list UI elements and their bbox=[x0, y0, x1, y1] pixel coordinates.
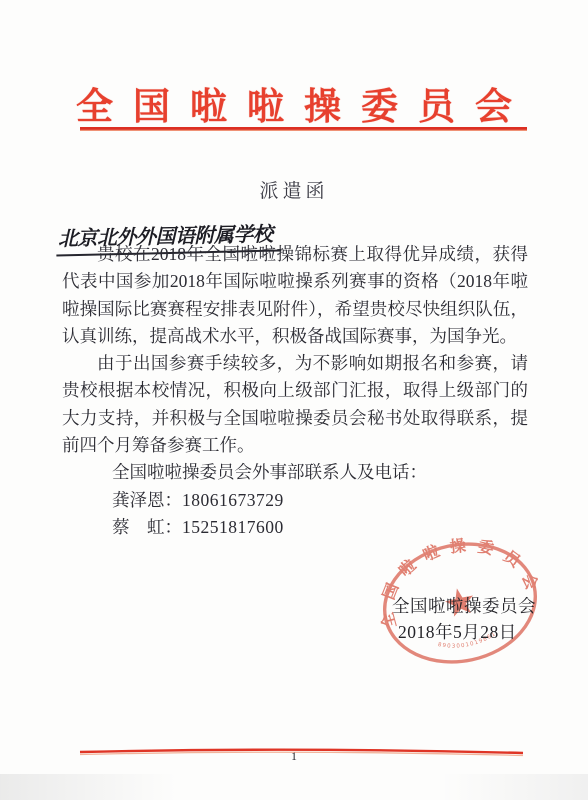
contact-phone: 18061673729 bbox=[182, 490, 284, 510]
letter-page: 全国啦啦操委员会 派遣函 北京北外外国语附属学校 贵校在2018年全国啦啦操锦标… bbox=[0, 0, 588, 800]
letterhead-org-name: 全国啦啦操委员会 bbox=[0, 76, 588, 130]
letter-body: 贵校在2018年全国啦啦操锦标赛上取得优异成绩，获得代表中国参加2018年国际啦… bbox=[62, 241, 528, 541]
contact-colon: ： bbox=[165, 490, 183, 510]
paragraph-2: 由于出国参赛手续较多，为不影响如期报名和参赛，请贵校根据本校情况，积极向上级部门… bbox=[62, 350, 528, 459]
contact-heading: 全国啦啦操委员会外事部联系人及电话： bbox=[112, 459, 528, 486]
contact-colon: ： bbox=[165, 517, 183, 537]
contact-phone: 15251817600 bbox=[182, 517, 284, 537]
contact-name: 龚泽恩 bbox=[112, 490, 165, 510]
signature-date: 2018年5月28日 bbox=[392, 619, 536, 645]
contact-line-1: 龚泽恩：18061673729 bbox=[112, 487, 528, 514]
document-title: 派遣函 bbox=[0, 176, 588, 203]
signature-block: 全国啦啦操委员会 2018年5月28日 bbox=[392, 593, 536, 645]
contact-name: 蔡 虹 bbox=[112, 517, 165, 537]
letterhead-rule bbox=[80, 127, 527, 131]
signature-org: 全国啦啦操委员会 bbox=[392, 593, 536, 619]
page-number: 1 bbox=[0, 751, 588, 763]
paragraph-1: 贵校在2018年全国啦啦操锦标赛上取得优异成绩，获得代表中国参加2018年国际啦… bbox=[62, 241, 528, 350]
